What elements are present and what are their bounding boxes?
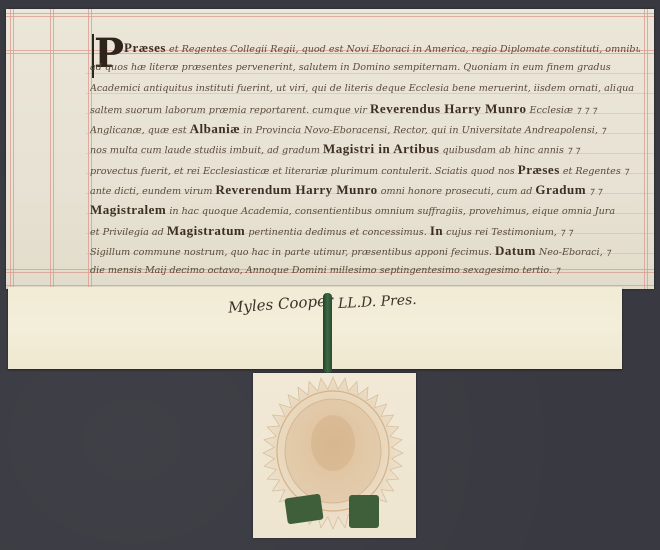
text-line-11: Sigillum commune nostrum, quo hac in par… xyxy=(90,241,640,261)
ribbon-tab-left xyxy=(284,494,323,525)
rule-line xyxy=(88,9,89,289)
rule-line xyxy=(10,9,11,289)
rule-line xyxy=(50,9,51,289)
text-line-10: et Privilegia ad Magistratum pertinentia… xyxy=(90,221,640,241)
text-line-8: ante dicti, eundem virum Reverendum Harr… xyxy=(90,180,640,200)
text-line-6: nos multa cum laude studiis imbuit, ad g… xyxy=(90,139,640,159)
text-line-7: provectus fuerit, et rei Ecclesiasticæ e… xyxy=(90,160,640,180)
text-line-12: die mensis Maij decimo octavo, Annoque D… xyxy=(90,261,640,281)
rule-line xyxy=(6,285,654,286)
text-line-4: saltem suorum laborum præmia reportarent… xyxy=(90,99,640,119)
rule-line xyxy=(6,16,654,17)
embossed-seal-icon xyxy=(253,373,416,538)
rule-line xyxy=(6,13,654,14)
text-line-2: ad quos hæ literæ præsentes pervenerint,… xyxy=(90,58,640,78)
rule-line xyxy=(647,9,648,289)
rule-line xyxy=(53,9,54,289)
text-line-1: Præses et Regentes Collegii Regii, quod … xyxy=(90,38,640,58)
diploma-text: Præses et Regentes Collegii Regii, quod … xyxy=(90,38,640,282)
seal-ribbon xyxy=(323,293,332,383)
text-line-3: Academici antiquitus instituti fuerint, … xyxy=(90,79,640,99)
rule-line xyxy=(13,9,14,289)
seal-card xyxy=(253,373,416,538)
text-line-5: Anglicanæ, quæ est Albaniæ in Provincia … xyxy=(90,119,640,139)
ribbon-tab-right xyxy=(349,495,379,528)
rule-line xyxy=(644,9,645,289)
text-line-9: Magistralem in hac quoque Academia, cons… xyxy=(90,200,640,220)
